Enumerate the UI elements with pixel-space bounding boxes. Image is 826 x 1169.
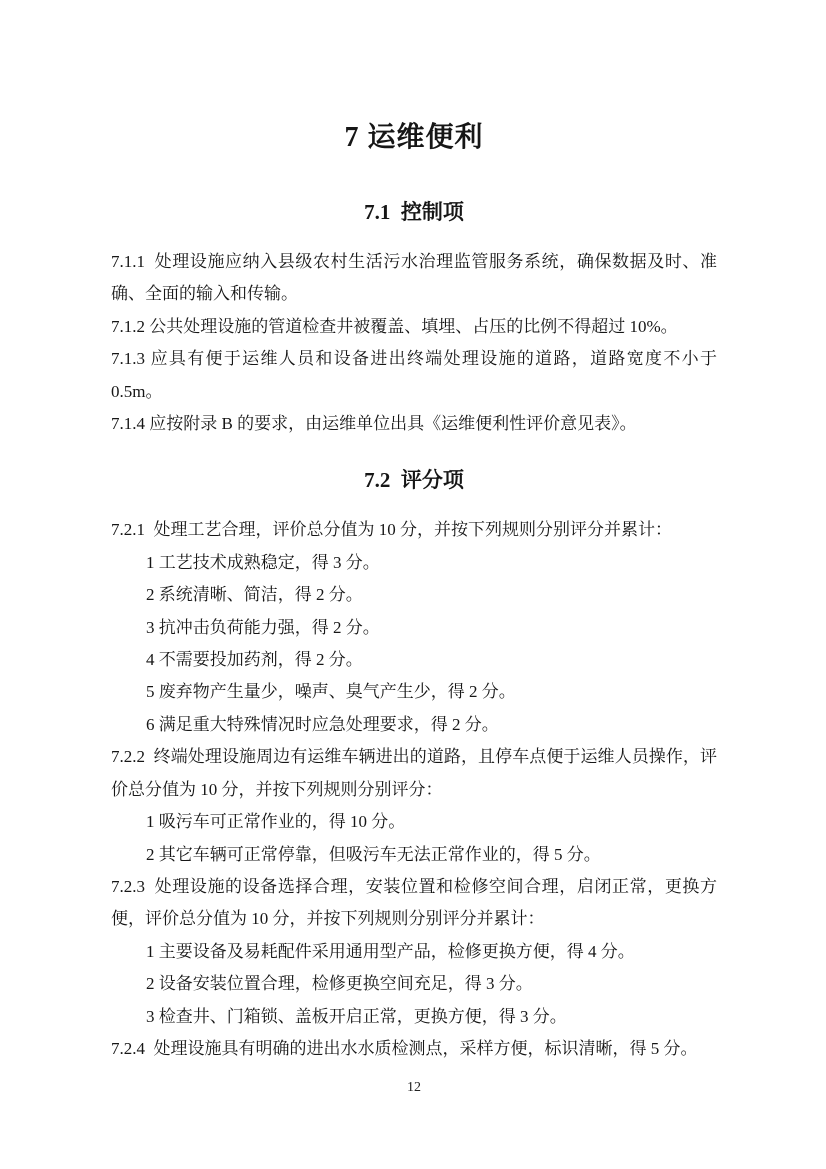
section-control-items: 7.1.1 处理设施应纳入县级农村生活污水治理监管服务系统，确保数据及时、准确、…	[111, 246, 717, 440]
page-number: 12	[111, 1079, 717, 1097]
paragraph-7-2-1: 7.2.1 处理工艺合理，评价总分值为 10 分，并按下列规则分别评分并累计：	[111, 514, 717, 546]
paragraph-7-2-4: 7.2.4 处理设施具有明确的进出水水质检测点，采样方便，标识清晰，得 5 分。	[111, 1033, 717, 1065]
document-content: 7 运维便利 7.1 控制项 7.1.1 处理设施应纳入县级农村生活污水治理监管…	[111, 0, 717, 1097]
paragraph-7-1-4: 7.1.4 应按附录 B 的要求，由运维单位出具《运维便利性评价意见表》。	[111, 408, 717, 440]
list-item-7-2-1-5: 5 废弃物产生量少，噪声、臭气产生少，得 2 分。	[111, 676, 717, 708]
list-item-7-2-1-1: 1 工艺技术成熟稳定，得 3 分。	[111, 547, 717, 579]
list-item-7-2-3-3: 3 检查井、门箱锁、盖板开启正常，更换方便，得 3 分。	[111, 1001, 717, 1033]
list-item-7-2-2-2: 2 其它车辆可正常停靠，但吸污车无法正常作业的，得 5 分。	[111, 839, 717, 871]
paragraph-7-2-3: 7.2.3 处理设施的设备选择合理，安装位置和检修空间合理，启闭正常，更换方便，…	[111, 871, 717, 936]
list-item-7-2-3-2: 2 设备安装位置合理，检修更换空间充足，得 3 分。	[111, 968, 717, 1000]
list-item-7-2-1-2: 2 系统清晰、简洁，得 2 分。	[111, 579, 717, 611]
chapter-title: 7 运维便利	[111, 120, 717, 156]
list-item-7-2-3-1: 1 主要设备及易耗配件采用通用型产品，检修更换方便，得 4 分。	[111, 936, 717, 968]
list-item-7-2-2-1: 1 吸污车可正常作业的，得 10 分。	[111, 806, 717, 838]
paragraph-7-1-2: 7.1.2 公共处理设施的管道检查井被覆盖、填埋、占压的比例不得超过 10%。	[111, 311, 717, 343]
paragraph-7-2-2: 7.2.2 终端处理设施周边有运维车辆进出的道路，且停车点便于运维人员操作，评价…	[111, 741, 717, 806]
list-item-7-2-1-4: 4 不需要投加药剂，得 2 分。	[111, 644, 717, 676]
document-page: 7 运维便利 7.1 控制项 7.1.1 处理设施应纳入县级农村生活污水治理监管…	[0, 0, 826, 1169]
list-item-7-2-1-6: 6 满足重大特殊情况时应急处理要求，得 2 分。	[111, 709, 717, 741]
paragraph-7-1-3: 7.1.3 应具有便于运维人员和设备进出终端处理设施的道路，道路宽度不小于 0.…	[111, 343, 717, 408]
section-scoring-items: 7.2.1 处理工艺合理，评价总分值为 10 分，并按下列规则分别评分并累计： …	[111, 514, 717, 1065]
section-heading-control-items: 7.1 控制项	[111, 198, 717, 226]
paragraph-7-1-1: 7.1.1 处理设施应纳入县级农村生活污水治理监管服务系统，确保数据及时、准确、…	[111, 246, 717, 311]
section-heading-scoring-items: 7.2 评分项	[111, 466, 717, 494]
list-item-7-2-1-3: 3 抗冲击负荷能力强，得 2 分。	[111, 612, 717, 644]
